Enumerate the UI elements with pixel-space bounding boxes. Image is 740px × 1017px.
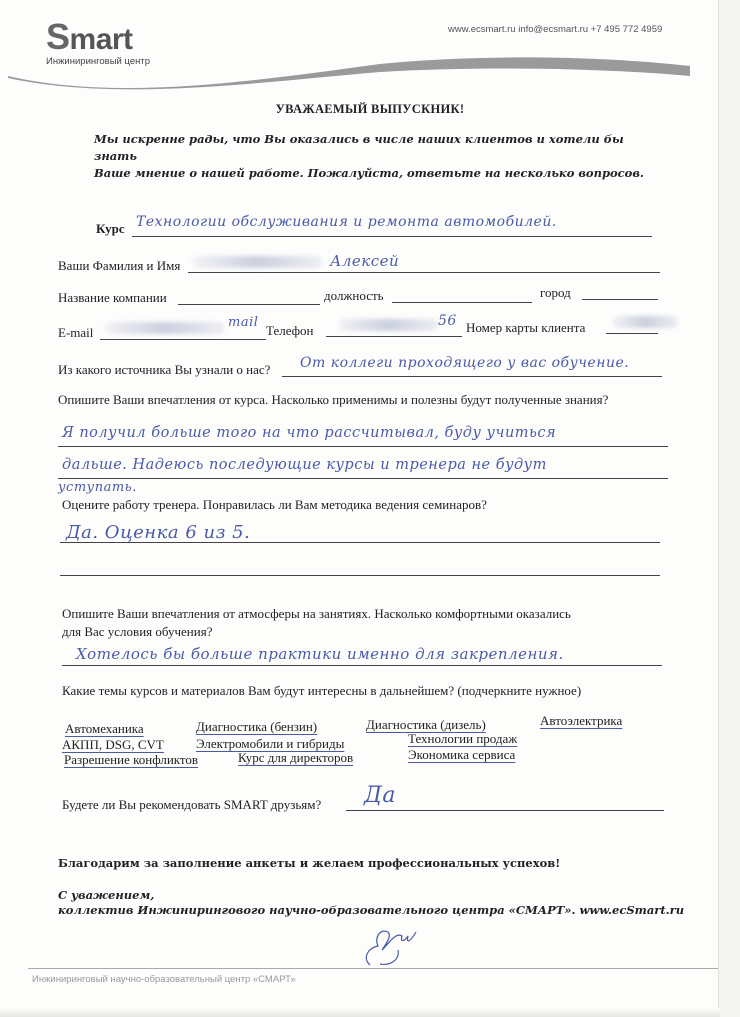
recommend-label: Будете ли Вы рекомендовать SMART друзьям… xyxy=(62,797,321,813)
topics-label: Какие темы курсов и материалов Вам будут… xyxy=(62,683,581,699)
position-field[interactable] xyxy=(392,302,532,303)
team-text: коллектив Инжинирингового научно-образов… xyxy=(58,903,684,917)
city-field[interactable] xyxy=(582,299,658,300)
topic-auto-electrics[interactable]: Автоэлектрика xyxy=(540,713,622,729)
company-label: Название компании xyxy=(58,290,167,306)
recommend-field[interactable]: Да xyxy=(364,783,396,808)
thanks-text: Благодарим за заполнение анкеты и желаем… xyxy=(58,856,560,870)
phone-redaction xyxy=(338,319,438,331)
impressions-field-line-2[interactable]: дальше. Надеюсь последующие курсы и трен… xyxy=(62,457,547,473)
course-line xyxy=(132,236,652,237)
phone-line xyxy=(326,336,462,337)
trainer-line-2 xyxy=(60,575,660,576)
email-line xyxy=(100,339,266,340)
position-label: должность xyxy=(324,288,384,304)
impressions-field-line-1[interactable]: Я получил больше того на что рассчитывал… xyxy=(62,425,556,441)
card-field[interactable] xyxy=(606,333,658,334)
source-line xyxy=(282,376,662,377)
atmosphere-label-2: для Вас условия обучения? xyxy=(62,624,212,640)
company-field[interactable] xyxy=(178,304,320,305)
topic-conflict-resolution[interactable]: Разрешение конфликтов xyxy=(64,752,198,768)
phone-field[interactable]: 56 xyxy=(438,313,457,329)
source-field[interactable]: От коллеги проходящего у вас обучение. xyxy=(300,355,629,371)
card-label: Номер карты клиента xyxy=(466,320,585,336)
email-label: E-mail xyxy=(58,325,93,341)
name-field[interactable]: Алексей xyxy=(330,252,399,270)
topic-automechanics[interactable]: Автомеханика xyxy=(65,721,144,737)
impressions-line-2 xyxy=(58,478,668,479)
name-redaction xyxy=(192,256,322,268)
page-edge xyxy=(718,0,740,1017)
atmosphere-field[interactable]: Хотелось бы больше практики именно для з… xyxy=(76,645,564,663)
header-contacts: www.ecsmart.ru info@ecsmart.ru +7 495 77… xyxy=(448,24,662,35)
topic-transmissions[interactable]: АКПП, DSG, CVT xyxy=(62,737,164,753)
header-swoosh-icon xyxy=(0,50,720,100)
impressions-field-line-3[interactable]: уступать. xyxy=(58,480,137,495)
footer-divider xyxy=(28,968,718,969)
course-label: Курс xyxy=(96,221,125,237)
impressions-label: Опишите Ваши впечатления от курса. Наско… xyxy=(58,392,608,408)
city-label: город xyxy=(540,285,571,301)
signature-icon xyxy=(360,920,420,970)
email-redaction xyxy=(104,322,224,334)
regards-text: С уважением, xyxy=(58,888,154,902)
source-label: Из какого источника Вы узнали о нас? xyxy=(58,362,270,378)
footer-text: Инжиниринговый научно-образовательный це… xyxy=(32,974,296,985)
topic-service-economics[interactable]: Экономика сервиса xyxy=(408,747,515,763)
trainer-field[interactable]: Да. Оценка 6 из 5. xyxy=(66,522,250,543)
atmosphere-label-1: Опишите Ваши впечатления от атмосферы на… xyxy=(62,606,571,622)
name-label: Ваши Фамилия и Имя xyxy=(58,258,180,274)
recommend-line xyxy=(346,810,664,811)
name-line xyxy=(188,272,660,273)
atmosphere-line xyxy=(62,665,662,666)
topic-directors-course[interactable]: Курс для директоров xyxy=(238,750,353,766)
page-title: УВАЖАЕМЫЙ ВЫПУСКНИК! xyxy=(0,102,740,117)
email-field[interactable]: mail xyxy=(228,315,258,330)
impressions-line-1 xyxy=(58,446,668,447)
topic-diagnostics-petrol[interactable]: Диагностика (бензин) xyxy=(196,719,317,735)
topic-sales-tech[interactable]: Технологии продаж xyxy=(408,731,517,747)
bottom-shadow xyxy=(0,1008,720,1017)
course-field[interactable]: Технологии обслуживания и ремонта автомо… xyxy=(136,214,557,230)
trainer-label: Оцените работу тренера. Понравилась ли В… xyxy=(62,497,487,513)
phone-label: Телефон xyxy=(266,323,314,339)
card-redaction xyxy=(612,316,678,328)
intro-text: Мы искренне рады, что Вы оказались в чис… xyxy=(94,131,654,182)
